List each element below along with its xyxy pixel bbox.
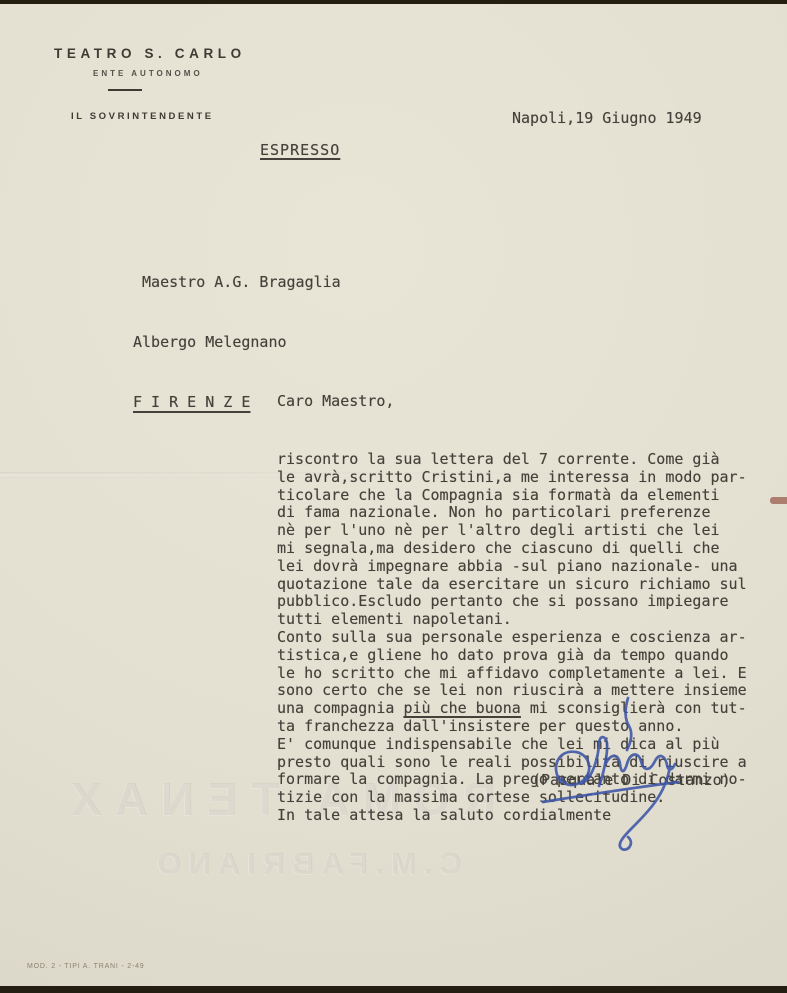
letter-body-line: mi segnala,ma desidero che ciascuno di q…: [277, 540, 747, 558]
printer-imprint: MOD. 2 - TIPI A. TRANI - 2-49: [27, 963, 144, 970]
dateline: Napoli,19 Giugno 1949: [512, 110, 702, 128]
letter-body-line: le avrà,scritto Cristini,a me interessa …: [277, 469, 747, 487]
recipient-name: Maestro A.G. Bragaglia: [133, 272, 341, 292]
letter-body-line: nè per l'uno nè per l'altro degli artist…: [277, 522, 747, 540]
scan-edge-bottom: [0, 986, 787, 993]
sender-role: IL SOVRINTENDENTE: [71, 111, 214, 122]
organization-name: TEATRO S. CARLO: [54, 46, 246, 61]
letter-body-line: tistica,e gliene ho dato prova già da te…: [277, 647, 747, 665]
letter-body-line: quotazione tale da esercitare un sicuro …: [277, 576, 747, 594]
organization-entity: ENTE AUTONOMO: [93, 69, 203, 78]
letter-body-line: riscontro la sua lettera del 7 corrente.…: [277, 451, 747, 469]
letter-body-line: le ho scritto che mi affidavo completame…: [277, 665, 747, 683]
letter-body-line: ticolare che la Compagnia sia formatà da…: [277, 487, 747, 505]
letterhead-rule: [108, 89, 142, 91]
scan-edge-top: [0, 0, 787, 4]
letter-body-line: lei dovrà impegnare abbia -sul piano naz…: [277, 558, 747, 576]
handwritten-signature: [528, 692, 698, 857]
delivery-label: ESPRESSO: [260, 142, 340, 160]
edge-stain: [770, 497, 787, 504]
letter-body-line: tutti elementi napoletani.: [277, 611, 747, 629]
letter-page: ROMA TENAX C.M.FABRIANO TEATRO S. CARLO …: [0, 0, 787, 993]
letter-body-line: Conto sulla sua personale esperienza e c…: [277, 629, 747, 647]
recipient-address: Albergo Melegnano: [133, 332, 341, 352]
letter-body-line: pubblico.Escludo pertanto che si possano…: [277, 593, 747, 611]
letter-body-line: di fama nazionale. Non ho particolari pr…: [277, 504, 747, 522]
salutation: Caro Maestro,: [277, 393, 747, 411]
